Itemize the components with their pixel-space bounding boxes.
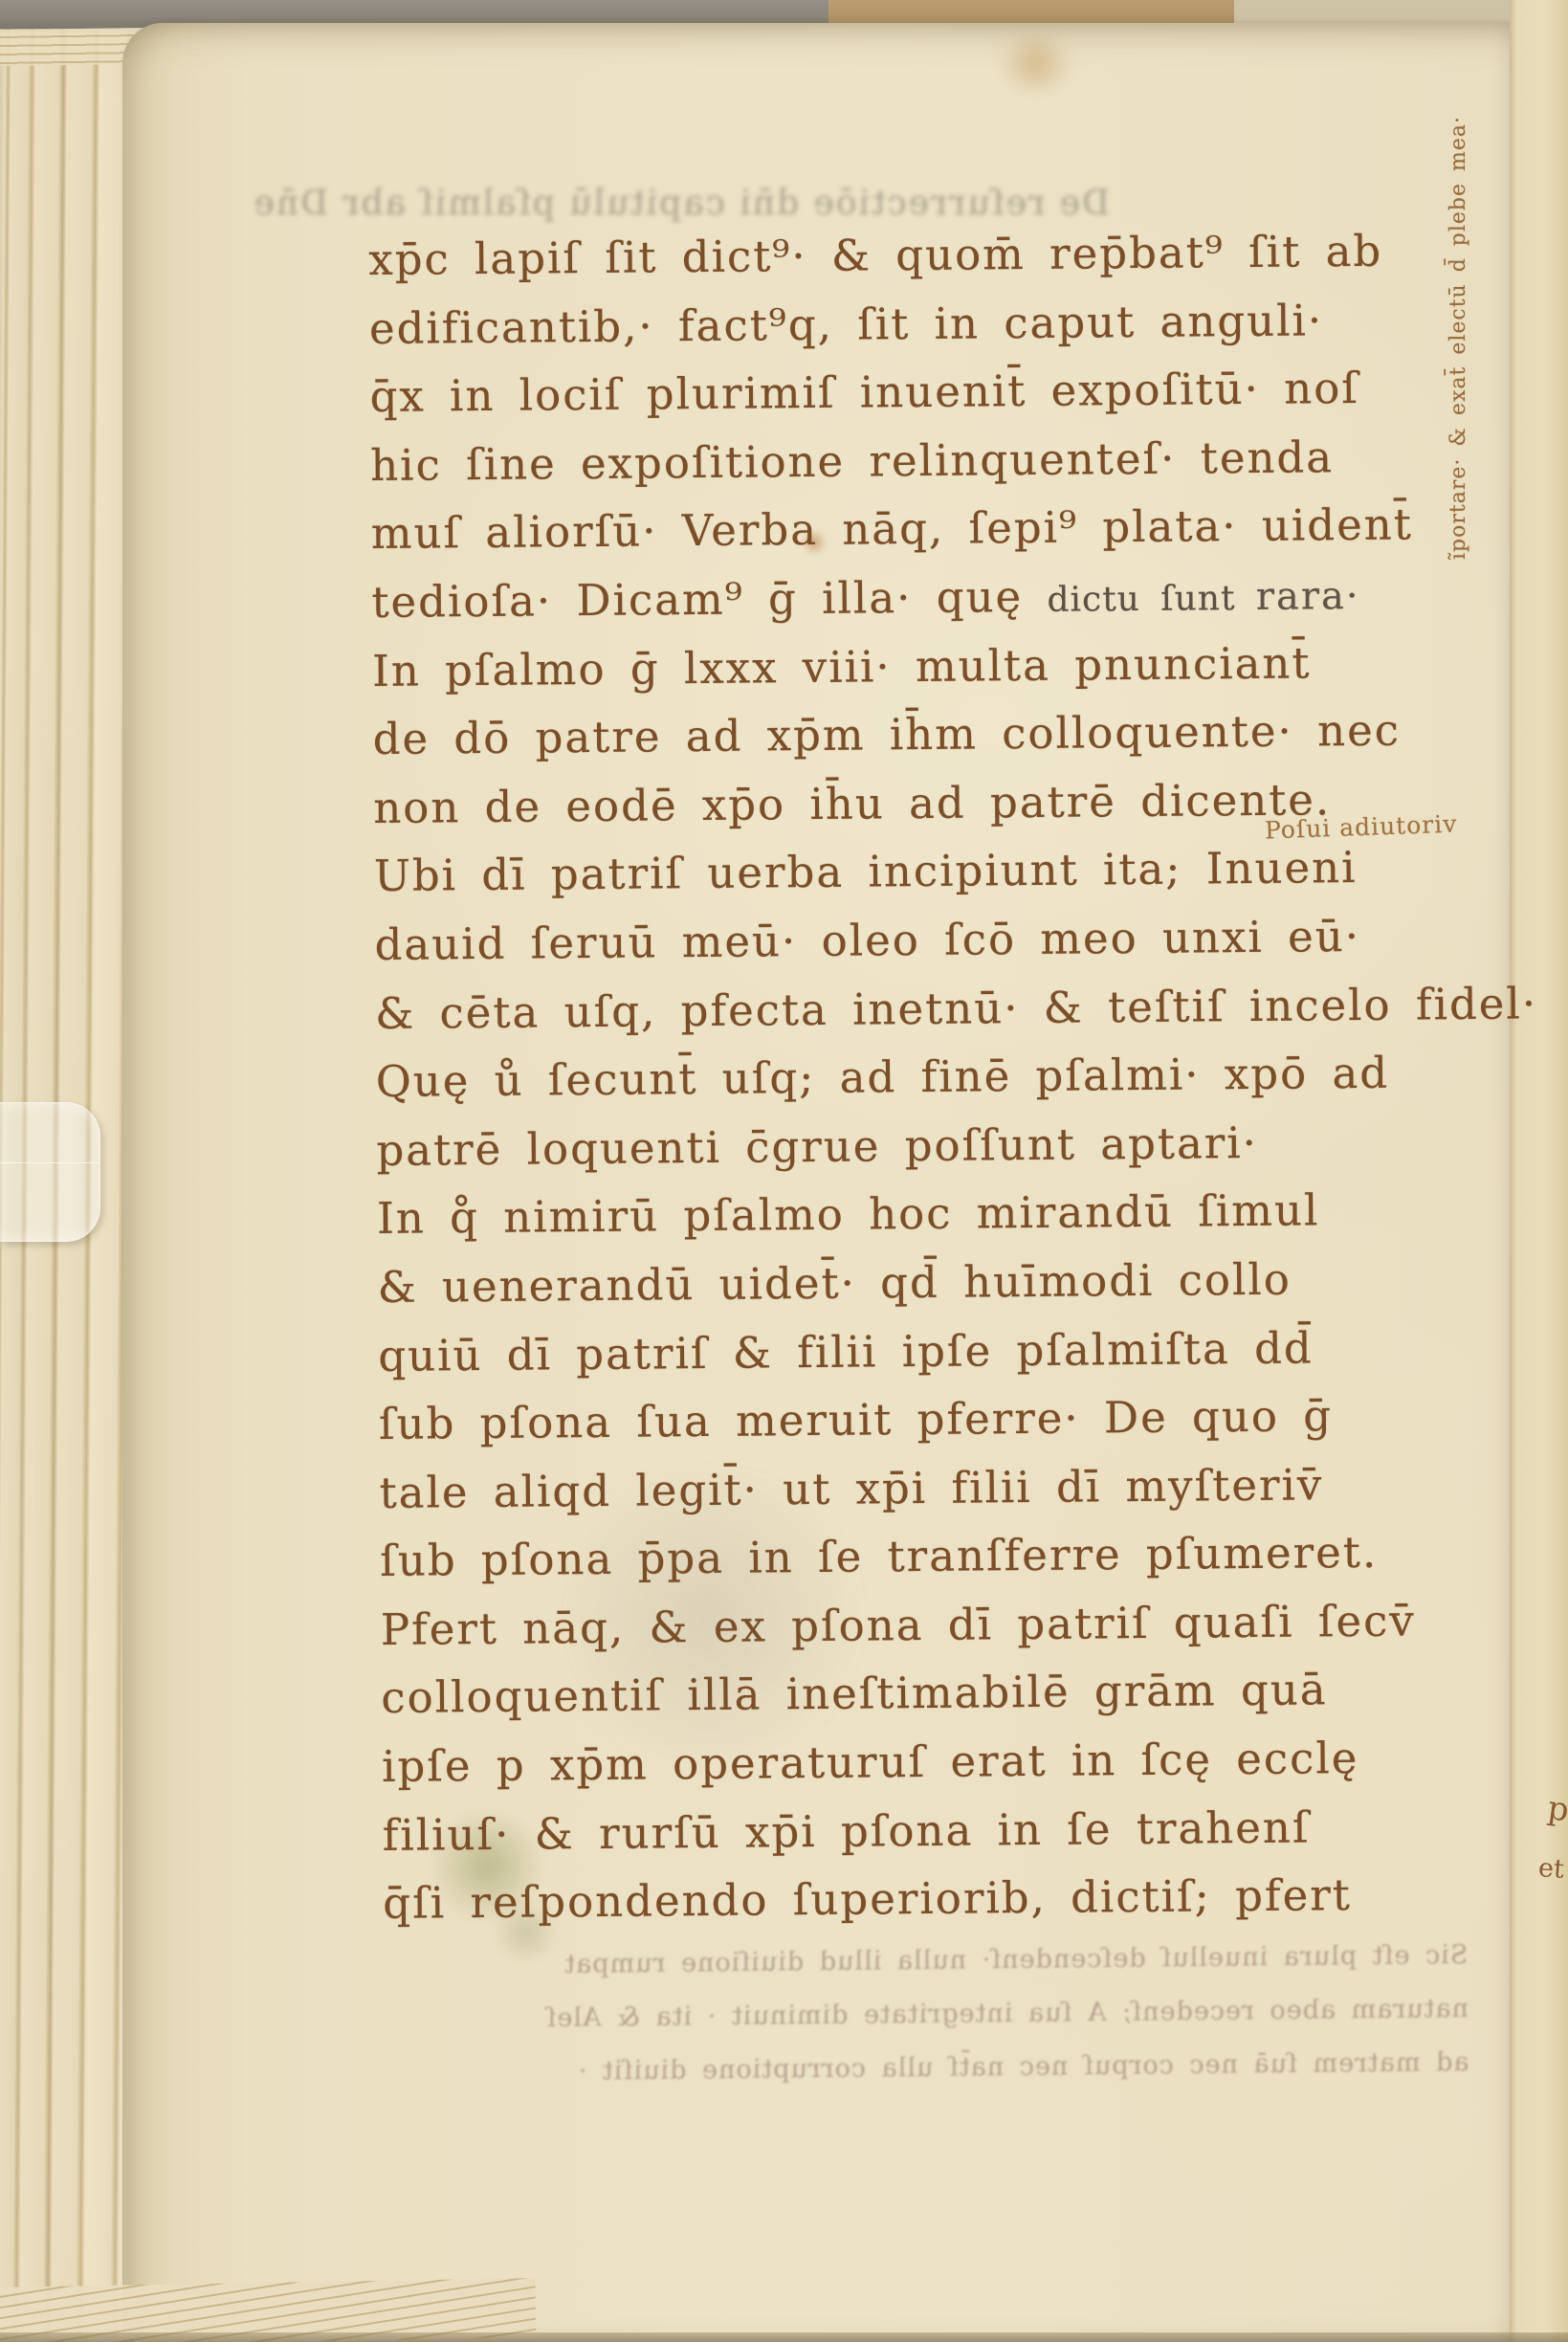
- showthrough-text: De reſurrectiōe dn̄i capitulū pſalmiſ ab…: [421, 184, 1110, 223]
- text-line: Pfert nāq, & ex pſona dī patriſ quaſi ſe…: [380, 1586, 1491, 1665]
- text-line: In q̊ nimirū pſalmo hoc mirandū ſimul: [377, 1175, 1488, 1253]
- text-line: ſub pſona ſua meruit pferre· De quo ḡ: [379, 1381, 1490, 1459]
- text-line: q̄x in lociſ plurimiſ inuenit̄ expoſitū·…: [369, 353, 1480, 431]
- text-line: patrē loquenti c̄grue poſſunt aptari·: [376, 1107, 1487, 1185]
- edge-text-fragment: pſ: [1545, 1789, 1568, 1831]
- text-line: de dō patre ad xp̄m ih̄m colloquente· ne…: [372, 696, 1483, 774]
- manuscript-text-block: xp̄c lapiſ ſit dict⁹· & quom̄ rep̄bat⁹ ſ…: [368, 216, 1493, 1938]
- text-line: & cēta uſq, pfecta inetnū· & teſtiſ ince…: [375, 969, 1486, 1048]
- text-line: Quę ů ſecunt̄ uſq; ad finē pſalmi· xpō a…: [375, 1038, 1486, 1116]
- offset-text-line: ad matrem ſuā nec corpuſ nec nat̄ſ ulla …: [407, 2036, 1469, 2101]
- text-line: hic ſine expoſitione relinquenteſ· tenda: [370, 422, 1481, 500]
- text-line: colloquentiſ illā ineſtimabilē grām quā: [381, 1654, 1491, 1733]
- later-addition-tail: rara·: [1256, 574, 1360, 619]
- text-line: In pſalmo ḡ lxxx viii· multa pnunciant̄: [372, 627, 1483, 705]
- text-line-with-addition: tedioſa· Dicam⁹ ḡ illa· quę dictu ſunt r…: [371, 559, 1482, 637]
- text-line: q̄ſi reſpondendo ſuperiorib, dictiſ; pfe…: [383, 1860, 1493, 1938]
- text-line: xp̄c lapiſ ſit dict⁹· & quom̄ rep̄bat⁹ ſ…: [368, 216, 1479, 295]
- vertical-margin-note: ĩportare· & exat̄ electū d̄ plebe mea·: [1447, 102, 1470, 560]
- text-line: quiū dī patriſ & filii ipſe pſalmiſta dd…: [378, 1312, 1489, 1390]
- text-line: & uenerandū uidet̄· qd̄ huīmodi collo: [377, 1244, 1488, 1322]
- text-line: Ubi dī patriſ uerba incipiunt ita; Inuen…: [374, 832, 1485, 911]
- later-addition-text: dictu ſunt: [1047, 579, 1256, 620]
- text-line: edificantib,· fact⁹q, ſit in caput angul…: [369, 284, 1480, 363]
- manuscript-photo: De reſurrectiōe dn̄i capitulū pſalmiſ ab…: [0, 0, 1568, 2342]
- text-line: ipſe p xp̄m operaturuſ erat in ſcę ecclę: [382, 1723, 1492, 1801]
- bottom-board-edge: [0, 2332, 1568, 2342]
- offset-mirrored-text-block: Sic eſt plura inuelluſ deſcendenſ· nulla…: [367, 1929, 1469, 2101]
- text-line: dauid ſeruū meū· oleo ſcō meo unxi eū·: [374, 901, 1485, 980]
- foxing-stain: [990, 36, 1081, 89]
- plastic-bookmark-tab: [0, 1102, 100, 1242]
- text-line: ſub pſona p̄pa in ſe tranſferre pſumeret…: [380, 1517, 1491, 1596]
- text-line: filiuſ· & rurſū xp̄i pſona in ſe trahenſ: [382, 1791, 1492, 1869]
- right-underlying-leaf-edge: [1510, 0, 1568, 2342]
- text-line: muſ aliorſū· Verba nāq, ſepi⁹ plata· uid…: [370, 490, 1481, 568]
- text-line: tale aliqd legit̄· ut xp̄i filii dī myſt…: [379, 1449, 1490, 1528]
- edge-text-fragment: et: [1537, 1853, 1565, 1885]
